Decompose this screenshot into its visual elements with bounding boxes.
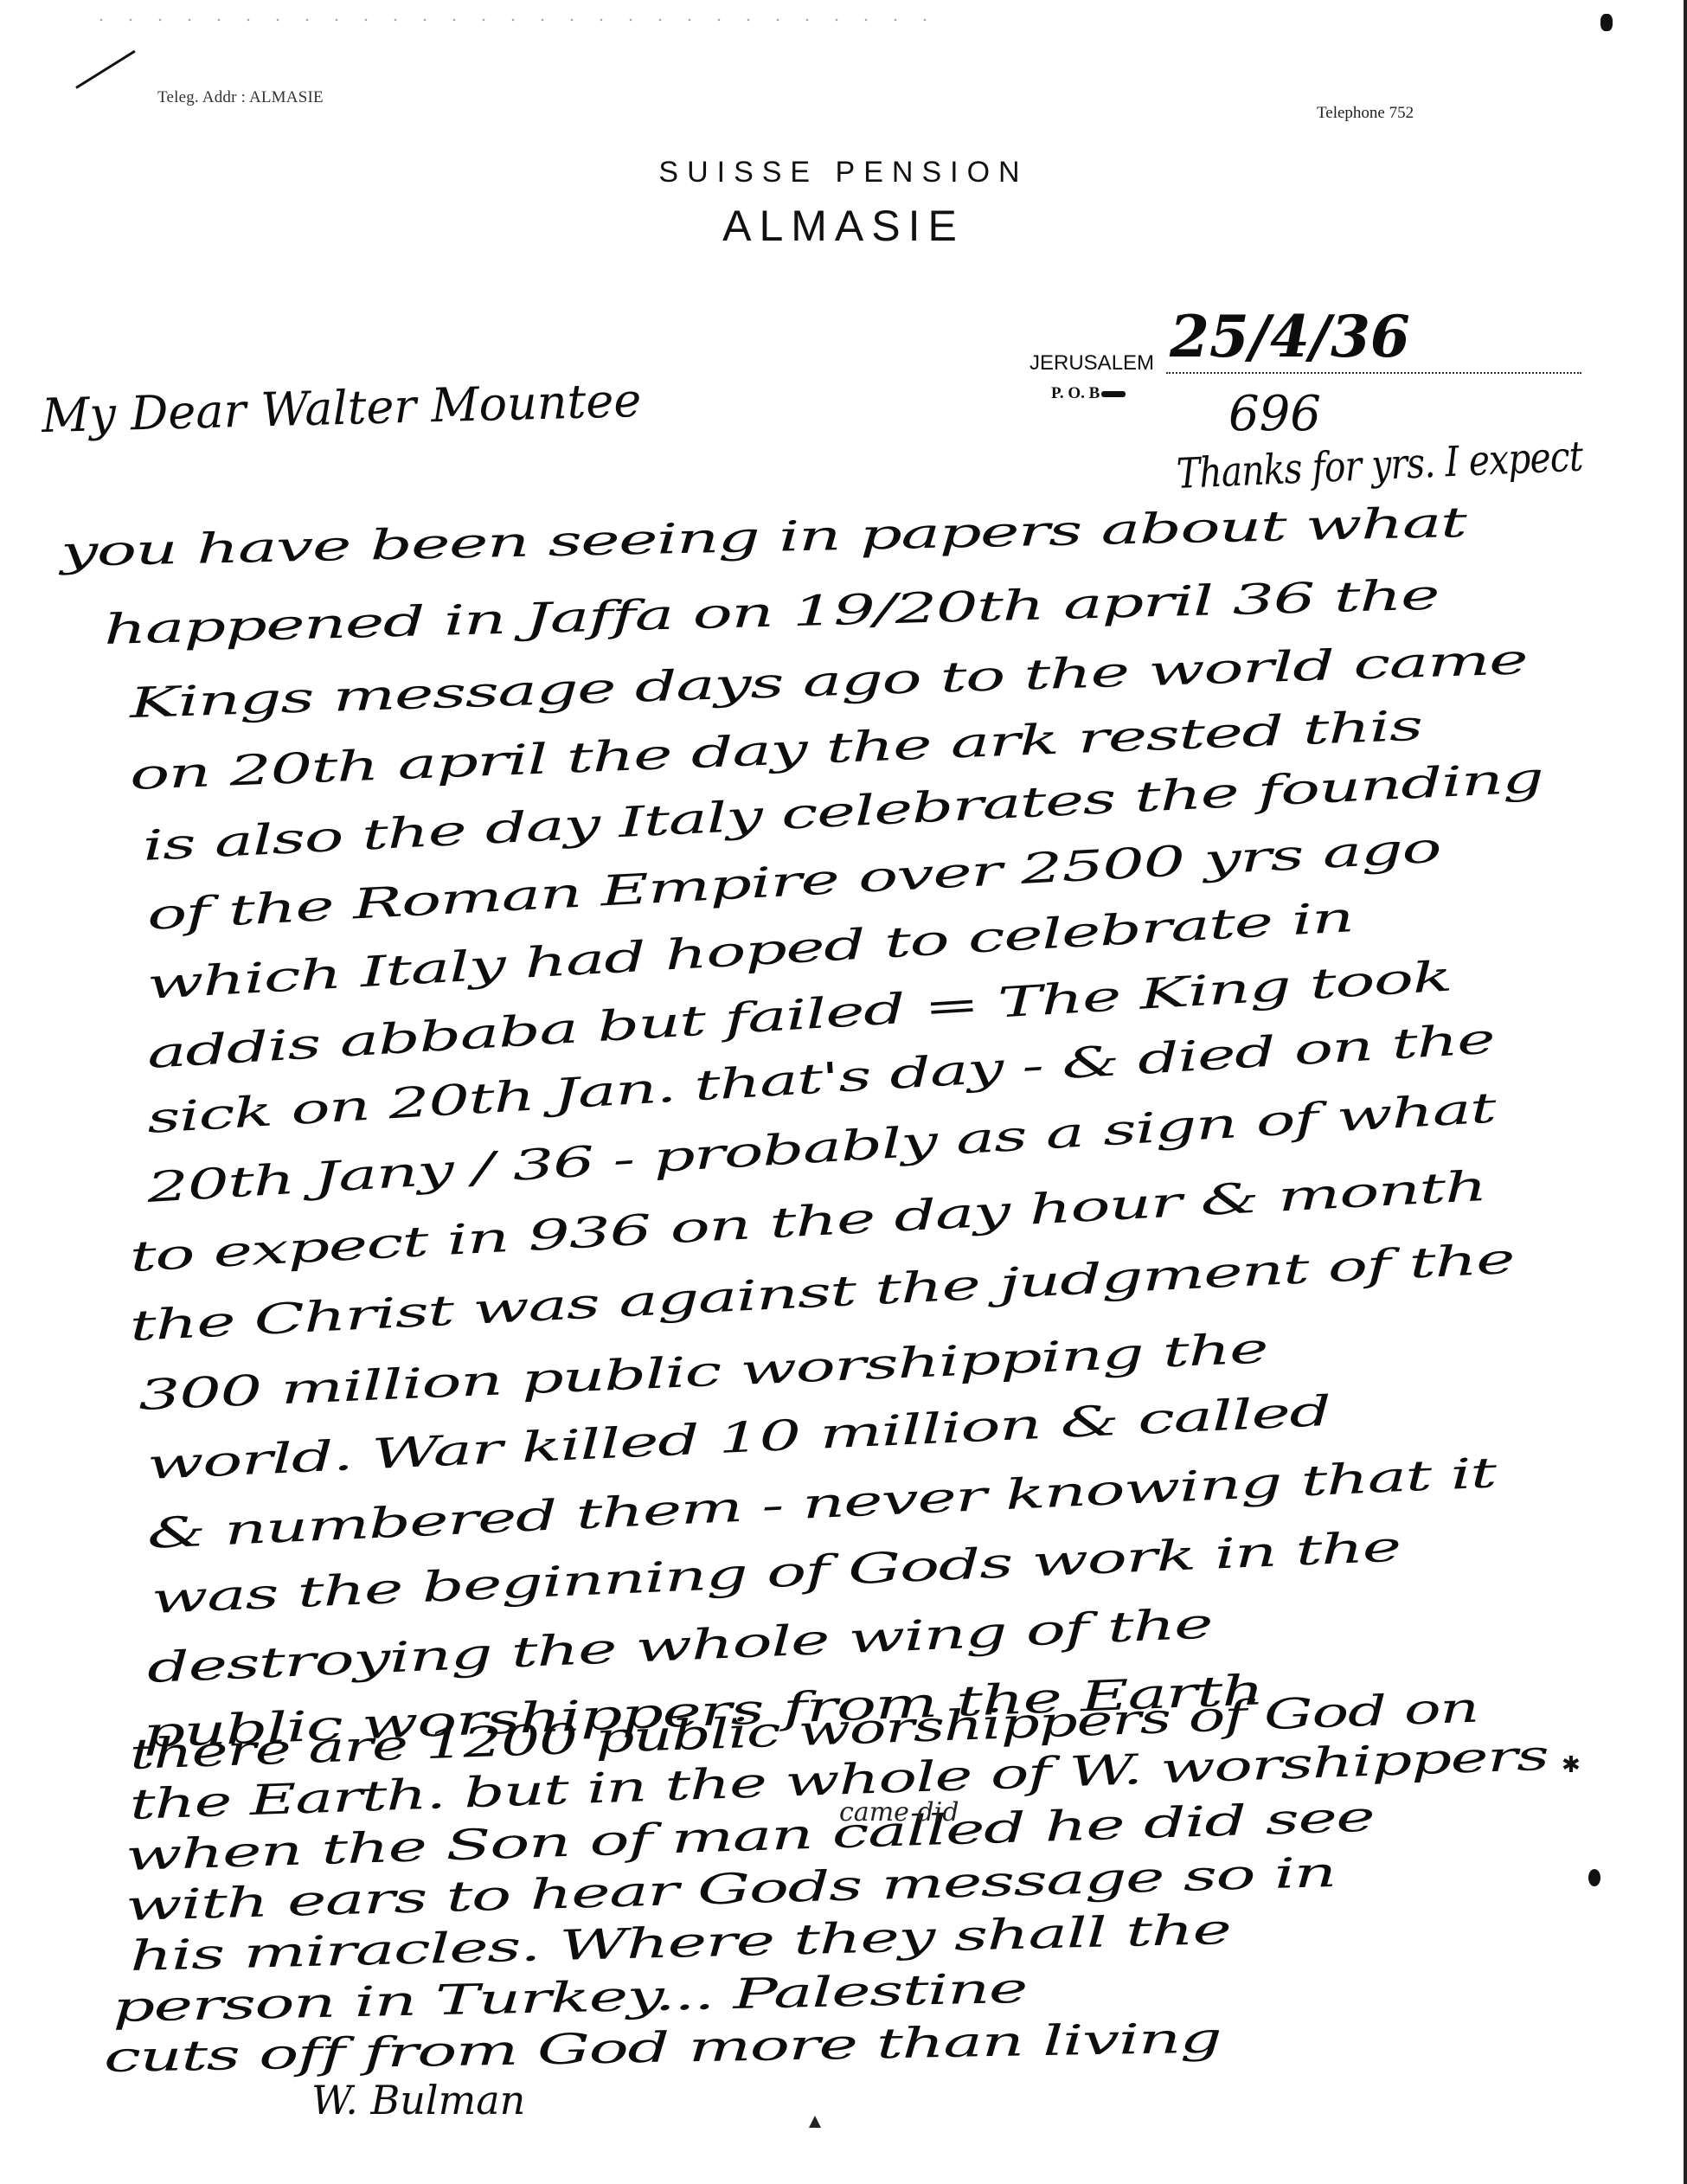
telephone-number: Telephone 752 [1317, 104, 1414, 123]
pen-stroke-mark [75, 50, 135, 89]
reference-number: 696 [1228, 386, 1321, 442]
letter-line: Thanks for yrs. I expect [1176, 433, 1584, 498]
scan-mark [809, 2116, 821, 2128]
letter-date: 25/4/36 [1170, 303, 1410, 370]
city-label: JERUSALEM [1030, 351, 1154, 376]
letterhead-name: ALMASIE [0, 201, 1687, 251]
pob-label-text: P. O. B [1051, 384, 1100, 402]
ink-blot [1101, 391, 1126, 397]
letter-line: you have been seeing in papers about wha… [60, 498, 1466, 576]
telegraphic-address: Teleg. Addr : ALMASIE [157, 88, 324, 107]
ink-blot [1600, 14, 1613, 31]
asterisk-mark: ✱ [1562, 1752, 1581, 1778]
letter-line: happened in Jaffa on 19/20th april 36 th… [103, 571, 1439, 654]
scanned-letter-page: Teleg. Addr : ALMASIE Telephone 752 SUIS… [0, 0, 1687, 2184]
date-dotted-line [1166, 372, 1581, 374]
scan-noise [87, 17, 934, 22]
scan-edge [1684, 0, 1687, 2184]
letterhead-subtitle: SUISSE PENSION [0, 156, 1687, 189]
pob-label: P. O. B [1051, 384, 1126, 403]
salutation: My Dear Walter Mountee [41, 373, 642, 443]
signature: W. Bulman [311, 2077, 525, 2123]
insertion-note: came did [839, 1797, 959, 1827]
ink-dot [1588, 1869, 1600, 1886]
